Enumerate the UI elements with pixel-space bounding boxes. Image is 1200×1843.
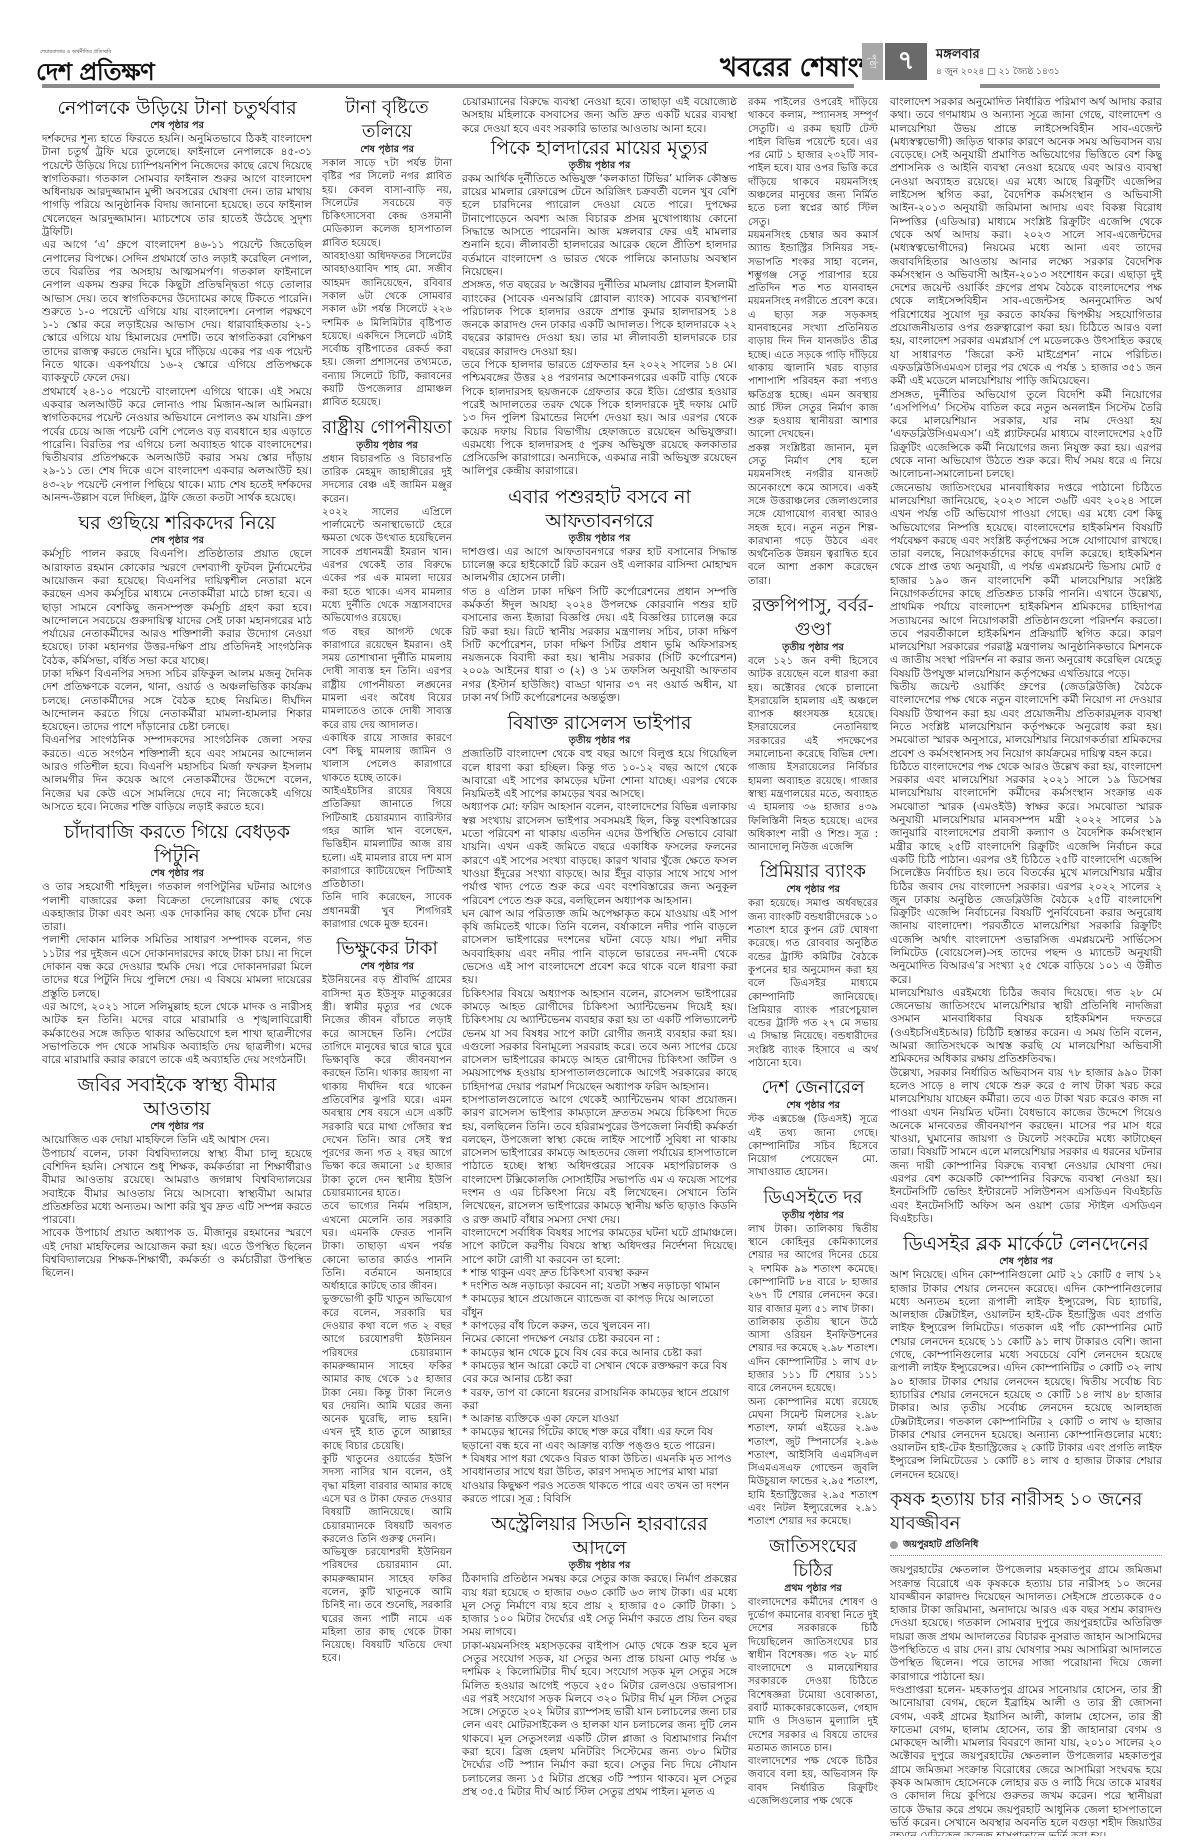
- story-russels-viper: বিষাক্ত রাসেলস ভাইপার তৃতীয় পৃষ্ঠার পর …: [462, 711, 737, 1506]
- headline: ভিক্ষুকের টাকা: [322, 937, 452, 961]
- story-desh-general: দেশ জেনারেল শেষ পৃষ্ঠার পর স্টক এক্সচেঞ্…: [748, 1076, 878, 1179]
- bullet-dot-icon: [890, 1541, 898, 1549]
- story-arch-bridge: রকম পাইলের ওপরেই দাঁড়িয়ে থাকবে কলাম, স…: [748, 96, 878, 588]
- paragraph: বাংলাদেশে সর্বাধিক বিষধর সাপের কামড়ের ঘ…: [462, 1227, 737, 1267]
- story-beggar: ভিক্ষুকের টাকা শেষ পৃষ্ঠার পর ইউনিয়নের …: [322, 937, 452, 1665]
- list-item: * কামড়ের স্থানে প্রয়োজনে ব্যান্ডেজ বা …: [462, 1293, 737, 1320]
- headline: প্রিমিয়ার ব্যাংক: [748, 860, 878, 884]
- continuation-label: শেষ পৃষ্ঠার পর: [42, 1121, 312, 1133]
- paragraph: বিএনপির সাংগঠনিক সম্পাদকদের সাংগঠনিক জেল…: [42, 734, 312, 814]
- paragraph: অন্য কোম্পানির মধ্যে রয়েছে মেঘনা সিমেন্…: [748, 1396, 878, 1529]
- headline: বিষাক্ত রাসেলস ভাইপার: [462, 711, 737, 735]
- column-4: রকম পাইলের ওপরেই দাঁড়িয়ে থাকবে কলাম, স…: [748, 96, 878, 1836]
- story-rain: টানা বৃষ্টিতে তলিয়ে শেষ পৃষ্ঠার পর সকাল…: [322, 96, 452, 410]
- paragraph: চিঠিতে বাংলাদেশের পক্ষ থেকে আরও উল্লেখ ক…: [890, 761, 1162, 987]
- story-raktapipasu: রক্তপিপাসু, বর্বর-গুণ্ডা তৃতীয় পৃষ্ঠার …: [748, 594, 878, 854]
- paragraph: গত ৪ এপ্রিল ঢাকা দক্ষিণ সিটি কর্পোরেশনের…: [462, 586, 737, 706]
- story-premier-bank: প্রিমিয়ার ব্যাংক শেষ পৃষ্ঠার পর করা হয়…: [748, 860, 878, 1070]
- continuation-label: প্রথম পৃষ্ঠার পর: [748, 1583, 878, 1595]
- paragraph: এর আগে, ২০২১ সালে সলিমুল্লাহ হলে থেকে মা…: [42, 1001, 312, 1067]
- headline: জাতিসংঘের চিঠির: [748, 1535, 878, 1583]
- paragraph: বলে ১২১ জন বন্দী হিসেবে আটক রয়েছেন বলে …: [748, 655, 878, 854]
- paragraph: বাংলাদেশের পক্ষ থেকে চিঠির জবাবে বলা হয়…: [748, 1755, 878, 1808]
- paragraph: আইএইচসির রায়ের বিষয়ে প্রতিক্রিয়া জানা…: [322, 785, 452, 891]
- column-2: টানা বৃষ্টিতে তলিয়ে শেষ পৃষ্ঠার পর সকাল…: [322, 96, 452, 1836]
- paragraph: লাখ টাকা। তালিকায় দ্বিতীয় স্থানে কোহিন…: [748, 1223, 878, 1316]
- story-un-letter: জাতিসংঘের চিঠির প্রথম পৃষ্ঠার পর বাংলাদে…: [748, 1535, 878, 1809]
- day-name: মঙ্গলবার: [936, 45, 980, 66]
- paragraph: সকাল সাড়ে ৭টা পর্যন্ত টানা বৃষ্টির পর স…: [322, 157, 452, 250]
- paragraph: সাবেক উপাচার্য প্রয়াত অধ্যাপক ড. মীজানু…: [42, 1227, 312, 1280]
- paragraph: এর আগে ‘এ’ গ্রুপে বাংলাদেশ ৪৬-১১ পয়েন্ট…: [42, 239, 312, 385]
- headline: রাষ্ট্রীয় গোপনীয়তা: [322, 416, 452, 440]
- paragraph: ভুক্তভোগী কুটি খাতুন অভিযোগ করে বলেন, সর…: [322, 1293, 452, 1453]
- headline: কৃষক হত্যায় চার নারীসহ ১০ জনের যাবজ্জীব…: [890, 1488, 1162, 1536]
- paragraph: প্রজাতিটি বাংলাদেশ থেকে বহু বছর আগে বিলু…: [462, 748, 737, 801]
- masthead: শেয়ারবাজার ও অর্থনীতির প্রতিচ্ছবি দেশ প…: [0, 0, 1200, 80]
- headline: জবির সবাইকে স্বাস্থ্য বীমার আওতায়: [42, 1073, 312, 1121]
- header-rule-right: [980, 84, 1160, 88]
- story-sydney: অস্ট্রেলিয়ার সিডনি হারবারের আদলে তৃতীয়…: [462, 1512, 737, 1799]
- paragraph: কুটি খাতুনের ওয়ার্ডের ইউপি সদস্য নাসির …: [322, 1453, 452, 1546]
- paragraph: উপাচার্য বলেন, ঢাকা বিশ্ববিদ্যালয়ে স্বা…: [42, 1148, 312, 1228]
- paragraph: তালিকায় তৃতীয় স্থানে উঠে আসা ওরিয়ন ইন…: [748, 1316, 878, 1396]
- paragraph: ২০২২ সালের এপ্রিলে পার্লামেন্টে অনাস্থাভ…: [322, 506, 452, 626]
- paragraph: অধ্যাপক মো: ফরিদ আহসান বলেন, বাংলাদেশের …: [462, 801, 737, 907]
- list-item: * কাপড়ের বাঁধ ঢিলে করুন, তবে খুলবেন না।: [462, 1320, 737, 1333]
- headline: টানা বৃষ্টিতে তলিয়ে: [322, 96, 452, 144]
- list-item: * শান্ত থাকুন এবং দ্রুত চিকিৎসা ব্যবস্থা…: [462, 1267, 737, 1280]
- paragraph: বাংলাদেশের কর্মীদের শোষণ ও দুর্ভোগ কমানো…: [748, 1596, 878, 1756]
- continuation-label: শেষ পৃষ্ঠার পর: [42, 120, 312, 132]
- headline: ডিএসইর ব্লক মার্কেটে লেনদেনের: [890, 1232, 1162, 1256]
- continuation-label: তৃতীয় পৃষ্ঠার পর: [748, 642, 878, 654]
- newspaper-logo: দেশ প্রতিক্ষণ: [36, 54, 154, 94]
- headline: এবার পশুরহাট বসবে না আফতাবনগরে: [462, 485, 737, 533]
- list-item: * কামড়ের স্থান আরো কেটে বা সেখান থেকে র…: [462, 1360, 737, 1387]
- paragraph: ময়মনসিংহ চেম্বার অব কমার্স অ্যান্ড ইন্ড…: [748, 229, 878, 442]
- continuation-label: শেষ পৃষ্ঠার পর: [322, 144, 452, 156]
- story-aftabnagar: এবার পশুরহাট বসবে না আফতাবনগরে তৃতীয় পৃ…: [462, 485, 737, 706]
- list-item: * আক্রান্ত ব্যক্তিকে একা ফেলে যাওয়া: [462, 1413, 737, 1426]
- list-item: * দংশিত অঙ্গ নড়াচড়া করবেন না; যতটা সম্…: [462, 1280, 737, 1293]
- paragraph: আবহাওয়া অধিদফতর সিলেটের আবহাওয়াবিদ শাহ…: [322, 250, 452, 410]
- byline-text: জয়পুরহাট প্রতিনিধি: [903, 1538, 978, 1551]
- continuation-label: তৃতীয় পৃষ্ঠার পর: [462, 1560, 737, 1572]
- list-item: * কামড়ের স্থান থেকে চুষে বিষ বের করে আন…: [462, 1347, 737, 1360]
- story-pk-halder: চেয়ারম্যানের বিরুদ্ধে ব্যবস্থা নেওয়া হ…: [462, 96, 737, 479]
- do-list: * শান্ত থাকুন এবং দ্রুত চিকিৎসা ব্যবস্থা…: [462, 1267, 737, 1506]
- headline: দেশ জেনারেল: [748, 1076, 878, 1100]
- continuation-label: তৃতীয় পৃষ্ঠার পর: [322, 440, 452, 452]
- story-secrecy: রাষ্ট্রীয় গোপনীয়তা তৃতীয় পৃষ্ঠার পর প…: [322, 416, 452, 932]
- paragraph: ঢাকা দক্ষিণ বিএনপির সদস্য সচিব রফিকুল আল…: [42, 668, 312, 734]
- paragraph: তবে ভাগ্যের নির্মম পরিহাস, এখনো মেলেনি ত…: [322, 1200, 452, 1293]
- paragraph: গত বছর আগস্ট থেকে কারাগারে রয়েছেন ইমরান…: [322, 626, 452, 732]
- story-bnp: ঘর গুছিয়ে শরিকদের নিয়ে শেষ পৃষ্ঠার পর …: [42, 511, 312, 814]
- continuation-label: তৃতীয় পৃষ্ঠার পর: [462, 533, 737, 545]
- paragraph: মালয়েশিয়াও এরইমধ্যে চিঠির জবাব দিয়েছে…: [890, 987, 1162, 1067]
- paragraph: রকম আর্থিক দুর্নীতিতে অভিযুক্ত ‘কলকাতা ট…: [462, 173, 737, 279]
- headline: চাঁদাবাজি করতে গিয়ে বেধড়ক পিটুনি: [42, 820, 312, 868]
- continuation-label: শেষ পৃষ্ঠার পর: [42, 535, 312, 547]
- paragraph: তবে পিকে হালদার ভারতে গ্রেফতার হন ২০২২ স…: [462, 359, 737, 479]
- continuation-label: শেষ পৃষ্ঠার পর: [42, 868, 312, 880]
- headline: নেপালকে উড়িয়ে টানা চতুর্থবার: [42, 96, 312, 120]
- header-rule-left: [42, 84, 572, 88]
- list-item: * বরফ, তাপ বা কোনো ধরনের রাসায়নিক কামড়…: [462, 1387, 737, 1414]
- paragraph: দণ্ডপ্রাপ্তরা হলেন- মহকাতপুর গ্রামের সান…: [890, 1684, 1162, 1836]
- headline: পিকে হালদারের মায়ের মৃত্যুর: [462, 136, 737, 160]
- paragraph: বাংলাদেশ সরকার অনুমোদিত নির্ধারিত পরিমাণ…: [890, 96, 1162, 389]
- column-3: চেয়ারম্যানের বিরুদ্ধে ব্যবস্থা নেওয়া হ…: [462, 96, 737, 1836]
- paragraph: পলাশী দোকান মালিক সমিতির সাধারণ সম্পাদক …: [42, 934, 312, 1000]
- paragraph: হাসপাতালগুলোতে আগে থেকেই অ্যান্টিভেনম থা…: [462, 1094, 737, 1227]
- paragraph: প্রধান বিচারপতি ও বিচারপতি তারিক মেহমুদ …: [322, 453, 452, 506]
- continuation-label: শেষ পৃষ্ঠার পর: [322, 961, 452, 973]
- paragraph: জেনেভায় জাতিসংঘের মানবাধিকার দপ্তরে পাঠ…: [890, 482, 1162, 681]
- paragraph: রকম পাইলের ওপরেই দাঁড়িয়ে থাকবে কলাম, স…: [748, 96, 878, 229]
- list-heading: নিমের কোনো পদক্ষেপ নেয়ার চেষ্টা করবেন ন…: [462, 1333, 737, 1346]
- story-farmer-murder: কৃষক হত্যায় চার নারীসহ ১০ জনের যাবজ্জীব…: [890, 1488, 1162, 1836]
- continuation-label: শেষ পৃষ্ঠার পর: [748, 884, 878, 896]
- paragraph: করা হয়েছে। সমাপ্ত অর্ধবছরের জন্য ব্যাংক…: [748, 897, 878, 1070]
- headline: ডিএসইতে দর: [748, 1186, 878, 1210]
- list-item: * বিষধর সাপ ধরা থেকেও বিরত থাকা উচিত। এম…: [462, 1453, 737, 1506]
- paragraph: অভিযুক্ত চরযোশরদী ইউনিয়ন পরিষদের চেয়ার…: [322, 1546, 452, 1666]
- continuation-label: তৃতীয় পৃষ্ঠার পর: [748, 1210, 878, 1222]
- story-jobi: জবির সবাইকে স্বাস্থ্য বীমার আওতায় শেষ প…: [42, 1073, 312, 1280]
- headline: ঘর গুছিয়ে শরিকদের নিয়ে: [42, 511, 312, 535]
- paragraph: একাধিক রায়ে সাজার কারণে বেশ কিছু মামলায…: [322, 732, 452, 785]
- byline: জয়পুরহাট প্রতিনিধি: [890, 1538, 1162, 1551]
- paragraph: ঘন ঝোপ আর পরিত্যক্ত জমি অপেক্ষাকৃত কমে য…: [462, 908, 737, 988]
- paragraph: চেয়ারম্যানের বিরুদ্ধে ব্যবস্থা নেওয়া হ…: [462, 96, 737, 136]
- paragraph: দ্বিতীয় জয়েন্ট ওয়ার্কিং গ্রুপের (জেডব…: [890, 681, 1162, 761]
- continuation-label: তৃতীয় পৃষ্ঠার পর: [462, 735, 737, 747]
- column-1: নেপালকে উড়িয়ে টানা চতুর্থবার শেষ পৃষ্ঠ…: [42, 96, 312, 1836]
- paragraph: দর্শকদের শূন্য হাতে ফিরতে হয়নি। অনুমিতভ…: [42, 133, 312, 239]
- column-5: বাংলাদেশ সরকার অনুমোদিত নির্ধারিত পরিমাণ…: [890, 96, 1162, 1836]
- paragraph: তিনি দাবি করেছেন, সাবেক প্রধানমন্ত্রী খু…: [322, 891, 452, 931]
- list-item: * কামড়ের স্থানের গিঁটের কাছে শক্ত করে ব…: [462, 1426, 737, 1453]
- paragraph: ইউনিয়নের বড় শ্রীবর্দ্দি গ্রামের বাসিন্…: [322, 974, 452, 1200]
- continuation-label: তৃতীয় পৃষ্ঠার পর: [462, 160, 737, 172]
- continuation-label: শেষ পৃষ্ঠার পর: [890, 1256, 1162, 1268]
- paragraph: ও তার সহযোগী শহিদুল। গতকাল গণপিটুনির ঘটন…: [42, 881, 312, 934]
- paragraph: কর্মসূচি পালন করছে বিএনপি। প্রতিষ্ঠাতার …: [42, 548, 312, 668]
- paragraph: উল্লেখ্য, সরকার নির্ধারিত অভিবাসন ব্যয় …: [890, 1067, 1162, 1227]
- header-rule-mid: [572, 84, 854, 88]
- paragraph: জয়পুরহাটের ক্ষেতলাল উপজেলার মহকাতপুর গ্…: [890, 1564, 1162, 1684]
- paragraph: ঢাকা-ময়মনসিংহ মহাসড়কের বাইপাস মোড় থেক…: [462, 1640, 737, 1800]
- paragraph: আশ নিয়েছে। এদিন কোম্পানিগুলো মোট ২১ কোট…: [890, 1269, 1162, 1482]
- story-nepal: নেপালকে উড়িয়ে টানা চতুর্থবার শেষ পৃষ্ঠ…: [42, 96, 312, 505]
- story-dse-price: ডিএসইতে দর তৃতীয় পৃষ্ঠার পর লাখ টাকা। ত…: [748, 1186, 878, 1529]
- paragraph: প্রসঙ্গত, দুর্নীতির অভিযোগ তুলে বিদেশি ক…: [890, 389, 1162, 482]
- paragraph: ঠিকাদারি প্রতিষ্ঠান সমন্বয় করে সেতুর কা…: [462, 1573, 737, 1639]
- dotted-divider: [890, 1555, 1162, 1556]
- continuation-label: শেষ পৃষ্ঠার পর: [748, 1100, 878, 1112]
- date-line: ৪ জুন ২০২৪ □ ২১ জ্যৈষ্ঠ ১৪৩১: [936, 64, 1060, 79]
- paragraph: প্রসঙ্গত, গত বছরের ৮ অক্টোবর দুর্নীতির ম…: [462, 279, 737, 359]
- headline: রক্তপিপাসু, বর্বর-গুণ্ডা: [748, 594, 878, 642]
- story-dse-block: ডিএসইর ব্লক মার্কেটে লেনদেনের শেষ পৃষ্ঠা…: [890, 1232, 1162, 1482]
- page-label: পৃষ্ঠা: [862, 43, 883, 80]
- paragraph: প্রকল্প সংশ্লিষ্টরা জানান, মূল সেতু নির্…: [748, 442, 878, 588]
- paragraph: প্রথমার্ধে ২৪-১০ পয়েন্টে বাংলাদেশ এগিয়…: [42, 386, 312, 506]
- page-number: ৭: [885, 43, 927, 80]
- paragraph: দাশগুপ্ত। এর আগে আফতাবনগরে গরুর হাট বসান…: [462, 546, 737, 586]
- paragraph: স্টক এক্সচেঞ্জ (ডিএসই) সূত্রে এই তথ্য জা…: [748, 1113, 878, 1179]
- headline: অস্ট্রেলিয়ার সিডনি হারবারের আদলে: [462, 1512, 737, 1560]
- story-malaysia: বাংলাদেশ সরকার অনুমোদিত নির্ধারিত পরিমাণ…: [890, 96, 1162, 1226]
- story-chandabaji: চাঁদাবাজি করতে গিয়ে বেধড়ক পিটুনি শেষ প…: [42, 820, 312, 1067]
- paragraph: আয়োজিত এক দোয়া মাহফিলে তিনি এই আশ্বাস …: [42, 1134, 312, 1147]
- paragraph: চিকিৎসার বিষয়ে অধ্যাপক আহসান বলেন, রাসে…: [462, 988, 737, 1094]
